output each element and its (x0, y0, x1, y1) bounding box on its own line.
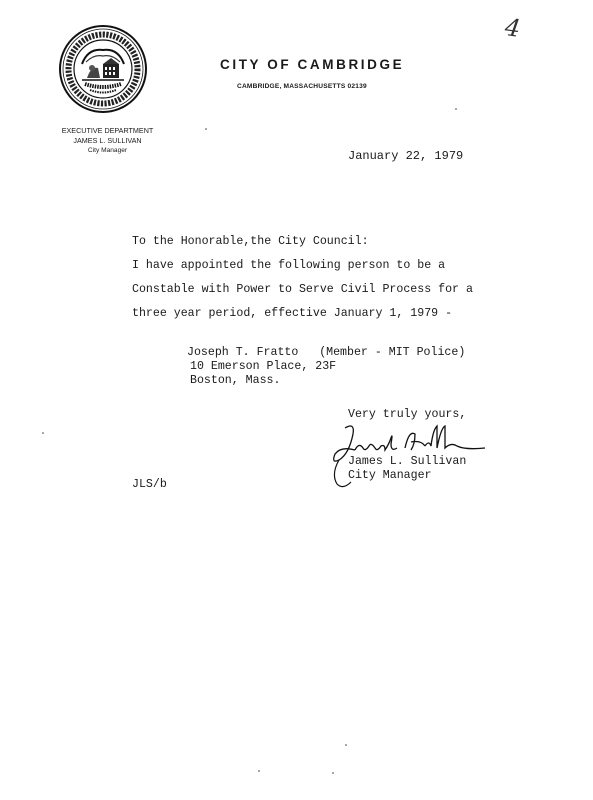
appointee-address-line2: Boston, Mass. (190, 374, 280, 387)
body-line: Constable with Power to Serve Civil Proc… (132, 283, 473, 296)
scan-speck (205, 128, 207, 130)
letter-date: January 22, 1979 (348, 149, 463, 163)
appointee-name: Joseph T. Fratto (Member - MIT Police) (187, 346, 465, 359)
page-number: 4 (503, 13, 522, 43)
department-name: EXECUTIVE DEPARTMENT (50, 126, 165, 136)
signer-name: James L. Sullivan (348, 455, 466, 468)
manager-title: City Manager (50, 146, 165, 156)
manager-name: JAMES L. SULLIVAN (50, 136, 165, 146)
scan-speck (42, 432, 44, 434)
letterhead-address: CAMBRIDGE, MASSACHUSETTS 02139 (237, 83, 367, 90)
typist-initials: JLS/b (132, 478, 167, 491)
scan-speck (455, 108, 457, 110)
scan-speck (332, 772, 334, 774)
body-line: three year period, effective January 1, … (132, 307, 452, 320)
body-line: I have appointed the following person to… (132, 259, 445, 272)
scan-speck (345, 744, 347, 746)
department-block: EXECUTIVE DEPARTMENT JAMES L. SULLIVAN C… (50, 126, 165, 156)
scan-speck (258, 770, 260, 772)
appointee-address-line1: 10 Emerson Place, 23F (190, 360, 336, 373)
salutation: To the Honorable,the City Council: (132, 235, 369, 248)
city-seal-icon (58, 24, 148, 114)
signer-title: City Manager (348, 469, 432, 482)
letterhead-title: CITY OF CAMBRIDGE (220, 57, 404, 72)
